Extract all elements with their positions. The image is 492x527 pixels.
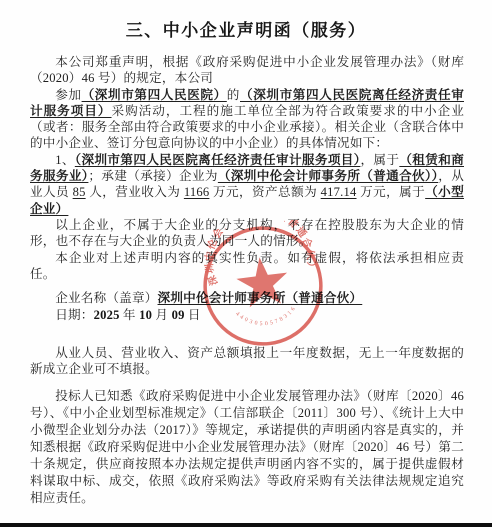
company-label: 企业名称（盖章） bbox=[55, 291, 157, 305]
employee-count: 85 bbox=[73, 185, 86, 199]
paragraph-participation: 参加（深圳市第四人民医院）的（深圳市第四人民医院离任经济责任审计服务项目）采购活… bbox=[30, 87, 464, 152]
scan-edge-line bbox=[0, 523, 492, 527]
date-day: 09 bbox=[172, 308, 185, 322]
date-label: 日期： bbox=[55, 308, 93, 322]
paragraph-note: 从业人员、营业收入、资产总额填报上一年度数据，无上一年度数据的新成立企业可不填报… bbox=[30, 345, 464, 378]
revenue-value: 1166 bbox=[184, 185, 210, 199]
date-unit: 日 bbox=[185, 308, 201, 322]
item-number: 1、 bbox=[55, 153, 75, 167]
document-body: 本公司郑重声明，根据《政府采购促进中小企业发展管理办法》（财库（2020）46 … bbox=[0, 54, 492, 507]
paragraph-item1: 1、（深圳市第四人民医院离任经济责任审计服务项目），属于（租赁和商务服务业）；承… bbox=[30, 152, 464, 217]
paragraph-commitment: 投标人已知悉《政府采购促进中小企业发展管理办法》（财库〔2020〕46 号）、《… bbox=[30, 388, 464, 506]
contract-name: （深圳市第四人民医院离任经济责任审计服务项目） bbox=[75, 153, 361, 167]
text-segment: 万元，资产总额为 bbox=[209, 185, 320, 199]
date-unit: 月 bbox=[152, 308, 172, 322]
date-line: 日期：2025 年 10 月 09 日 bbox=[30, 307, 464, 323]
paragraph-intro: 本公司郑重声明，根据《政府采购促进中小企业发展管理办法》（财库（2020）46 … bbox=[30, 54, 464, 87]
assets-value: 417.14 bbox=[321, 185, 357, 199]
paragraph-no-affiliation: 以上企业，不属于大企业的分支机构，不存在控股股东为大企业的情形，也不存在与大企业… bbox=[30, 217, 464, 250]
purchaser-name: （深圳市第四人民医院） bbox=[82, 88, 227, 102]
text-segment: 人，营业收入为 bbox=[86, 185, 184, 199]
contractor-name: （深圳中伦会计师事务所（普通合伙）） bbox=[218, 169, 438, 183]
company-name: 深圳中伦会计师事务所（普通合伙） bbox=[158, 291, 363, 305]
text-segment: 万元，属于 bbox=[357, 185, 426, 199]
date-year: 2025 bbox=[94, 308, 120, 322]
date-unit: 年 bbox=[120, 308, 140, 322]
page-title: 三、中小企业声明函（服务） bbox=[0, 16, 492, 41]
text-segment: ；承建（承接）企业为 bbox=[88, 169, 217, 183]
paragraph-responsibility: 本企业对上述声明内容的真实性负责。如有虚假，将依法承担相应责任。 bbox=[30, 250, 464, 283]
date-month: 10 bbox=[139, 308, 152, 322]
document-page: 三、中小企业声明函（服务） 本公司郑重声明，根据《政府采购促进中小企业发展管理办… bbox=[0, 0, 492, 527]
company-name-line: 企业名称（盖章）深圳中伦会计师事务所（普通合伙） bbox=[30, 290, 464, 306]
text-segment: ，属于 bbox=[360, 153, 399, 167]
text-segment: 的 bbox=[227, 88, 240, 102]
text-segment: 参加 bbox=[55, 88, 81, 102]
